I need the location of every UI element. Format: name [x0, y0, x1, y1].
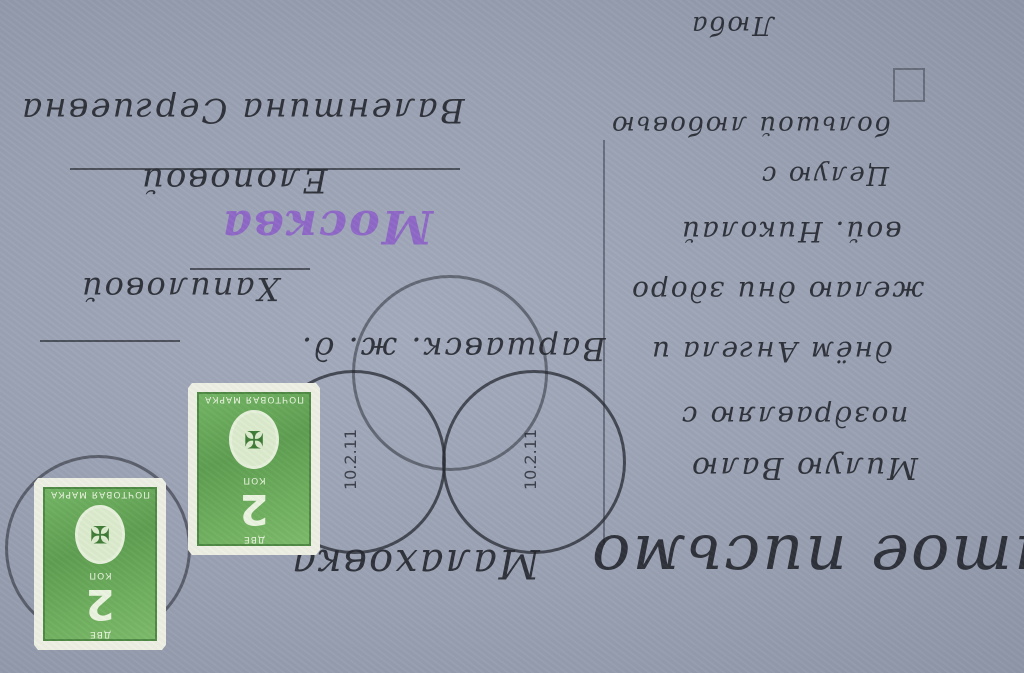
message-line-8: Валентина Сергиевна	[20, 90, 465, 130]
stamp-caption: ПОЧТОВАЯ МАРКА	[204, 394, 304, 404]
postage-stamp: ДВЕ 2 КОП ✠ ПОЧТОВАЯ МАРКА	[188, 383, 320, 555]
eagle-emblem-icon: ✠	[75, 505, 125, 564]
address-line-3: Хапиловой	[80, 270, 279, 308]
address-rule	[70, 168, 460, 170]
address-line-4: Елоповой	[140, 160, 327, 200]
small-square-mark	[893, 68, 925, 102]
eagle-emblem-icon: ✠	[229, 410, 279, 469]
stamp-caption: ПОЧТОВАЯ МАРКА	[50, 489, 150, 499]
message-line-3: днём Ангела и	[650, 335, 893, 368]
closing-signature: Люба	[690, 10, 774, 40]
stamp-top-text: ДВЕ	[89, 629, 111, 639]
message-line-4: желаю дни здоро	[630, 275, 924, 308]
purple-city-handwriting: Москва	[220, 200, 433, 254]
message-line-1: Милую Валю	[690, 450, 918, 485]
heading-script: Открытое письмо	[590, 520, 1024, 594]
message-line-2: поздравляю с	[680, 400, 908, 433]
message-line-7: большой любовью	[610, 110, 891, 140]
postmark-circle	[352, 275, 548, 471]
postage-stamp: ДВЕ 2 КОП ✠ ПОЧТОВАЯ МАРКА	[34, 478, 166, 650]
address-rule	[40, 340, 180, 342]
postcard: Открытое письмо Москва Малаховка Варшавс…	[0, 0, 1024, 673]
stamp-denomination: 2	[85, 580, 114, 629]
stamp-denomination: 2	[239, 485, 268, 534]
postmark-date: 10.2.11	[521, 429, 540, 490]
message-line-6: Целую с	[760, 160, 889, 190]
postmark-date: 10.2.11	[341, 429, 360, 490]
stamp-unit: КОП	[242, 475, 265, 485]
message-line-5: вой. Николай	[680, 215, 902, 248]
address-rule	[190, 268, 310, 270]
stamp-unit: КОП	[88, 570, 111, 580]
stamp-top-text: ДВЕ	[243, 534, 265, 544]
